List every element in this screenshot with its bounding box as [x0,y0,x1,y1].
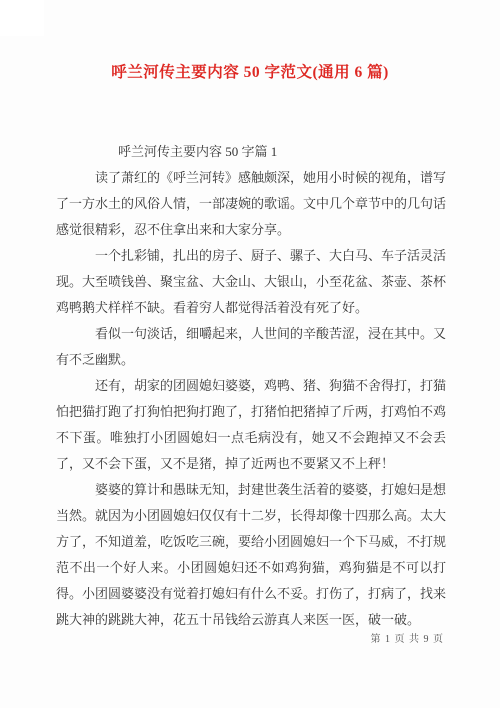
document-body: 呼兰河传主要内容 50 字篇 1 读了萧红的《呼兰河转》感触颇深，她用小时候的视… [56,139,446,633]
paragraph: 还有，胡家的团圆媳妇婆婆，鸡鸭、猪、狗猫不舍得打，打猫怕把猫打跑了打狗怕把狗打跑… [56,373,446,477]
paragraph: 读了萧红的《呼兰河转》感触颇深，她用小时候的视角，谱写了一方水土的风俗人情，一部… [56,165,446,243]
document-title: 呼兰河传主要内容 50 字范文(通用 6 篇) [0,60,500,82]
document-page: 呼兰河传主要内容 50 字范文(通用 6 篇) 呼兰河传主要内容 50 字篇 1… [0,0,500,708]
scan-corner-artifact [0,0,44,36]
paragraph: 婆婆的算计和愚昧无知，封建世袭生活着的婆婆，打媳妇是想当然。就因为小团圆媳妇仅仅… [56,477,446,633]
section-heading: 呼兰河传主要内容 50 字篇 1 [56,139,446,165]
page-number-indicator: 第 1 页 共 9 页 [371,630,445,645]
paragraph: 看似一句淡话，细嚼起来，人世间的辛酸苦涩，浸在其中。又有不乏幽默。 [56,321,446,373]
paragraph: 一个扎彩铺，扎出的房子、厨子、骡子、大白马、车子活灵活现。大至喷钱兽、聚宝盆、大… [56,243,446,321]
